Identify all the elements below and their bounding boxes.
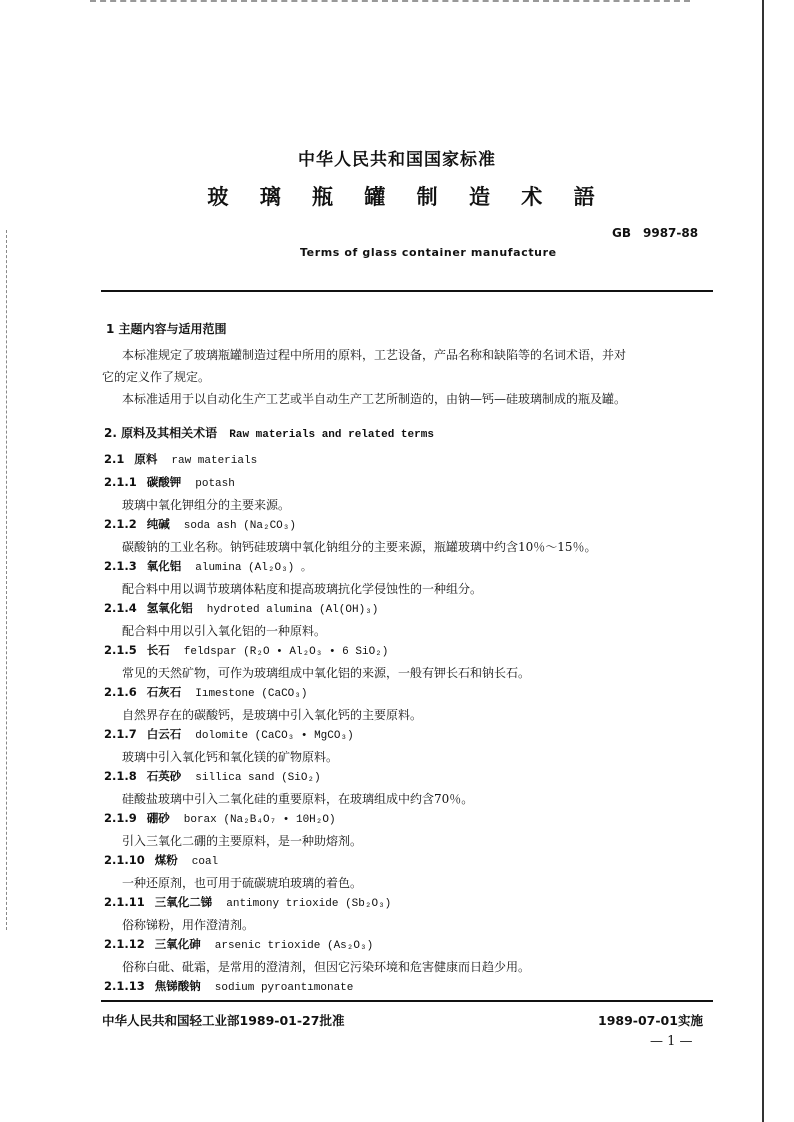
term-definition: 配合料中用以调节玻璃体粘度和提高玻璃抗化学侵蚀性的一种组分。 [122,580,482,597]
term-definition: 配合料中用以引入氧化铝的一种原料。 [122,622,326,639]
term-item: 2.1.12三氧化砷arsenic trioxide (As₂O₃) [104,936,373,952]
scan-edge-left [6,230,8,930]
term-item: 2.1.3氧化铝alumina (Al₂O₃) 。 [104,558,312,574]
term-definition: 引入三氧化二硼的主要原料，是一种助熔剂。 [122,832,362,849]
term-definition: 俗称锑粉，用作澄清剂。 [122,916,254,933]
term-item: 2.1.9硼砂borax (Na₂B₄O₇ • 10H₂O) [104,810,336,826]
organization-heading: 中华人民共和国国家标准 [0,145,794,170]
document-title: 玻 璃 瓶 罐 制 造 术 語 [0,181,794,211]
term-definition: 自然界存在的碳酸钙，是玻璃中引入氧化钙的主要原料。 [122,706,422,723]
standard-number: 9987-88 [643,226,698,240]
footer-divider [101,1000,713,1002]
section-1-heading: 1 主题内容与适用范围 [106,320,227,337]
term-item: 2.1.11三氧化二锑antimony trioxide (Sb₂O₃) [104,894,391,910]
term-item: 2.1.5长石feldspar (R₂O • Al₂O₃ • 6 SiO₂) [104,642,388,658]
term-definition: 一种还原剂，也可用于硫碳琥珀玻璃的着色。 [122,874,362,891]
term-item: 2.1.2纯碱soda ash (Na₂CO₃) [104,516,296,532]
term-item: 2.1.8石英砂sillica sand (SiO₂) [104,768,321,784]
term-item: 2.1.13焦锑酸钠sodium pyroantımonate [104,978,353,994]
term-item: 2.1.1碳酸钾potash [104,474,235,490]
term-item: 2.1原料raw materials [104,451,257,467]
section-2-heading: 2. 原料及其相关术语 Raw materials and related te… [104,424,434,441]
term-item: 2.1.7白云石dolomite (CaCO₃ • MgCO₃) [104,726,354,742]
term-definition: 常见的天然矿物，可作为玻璃组成中氧化铝的来源，一般有钾长石和钠长石。 [122,664,530,681]
english-title: Terms of glass container manufacture [300,246,557,259]
term-item: 2.1.4氢氧化铝hydroted alumina (Al(OH)₃) [104,600,378,616]
section-1-para-1-line-2: 它的定义作了规定。 [102,371,210,383]
term-definition: 碳酸钠的工业名称。钠钙硅玻璃中氧化钠组分的主要来源，瓶罐玻璃中约含10％～15％… [122,538,597,555]
section-2-heading-zh: 2. 原料及其相关术语 [104,426,217,440]
section-1-para-1-line-1: 本标准规定了玻璃瓶罐制造过程中所用的原料，工艺设备，产品名称和缺陷等的名词术语，… [122,349,626,361]
scan-edge-top [90,0,690,4]
page-number: — 1 — [650,1034,693,1049]
standard-code: GB9987-88 [612,226,698,240]
approval-statement: 中华人民共和国轻工业部1989-01-27批准 [102,1011,344,1029]
term-definition: 俗称白砒、砒霜，是常用的澄清剂，但因它污染环境和危害健康而日趋少用。 [122,958,530,975]
section-2-heading-en: Raw materials and related terms [229,429,434,441]
standard-prefix: GB [612,226,631,240]
header-divider [101,290,713,292]
term-definition: 玻璃中引入氧化钙和氧化镁的矿物原料。 [122,748,338,765]
term-definition: 玻璃中氧化钾组分的主要来源。 [122,496,290,513]
effective-date: 1989-07-01实施 [598,1011,703,1029]
section-1-para-2: 本标准适用于以自动化生产工艺或半自动生产工艺所制造的，由钠—钙—硅玻璃制成的瓶及… [122,393,626,405]
term-definition: 硅酸盐玻璃中引入二氧化硅的重要原料，在玻璃组成中约含70％。 [122,790,473,807]
term-item: 2.1.6石灰石Iımestone (CaCO₃) [104,684,307,700]
term-item: 2.1.10煤粉coal [104,852,218,868]
